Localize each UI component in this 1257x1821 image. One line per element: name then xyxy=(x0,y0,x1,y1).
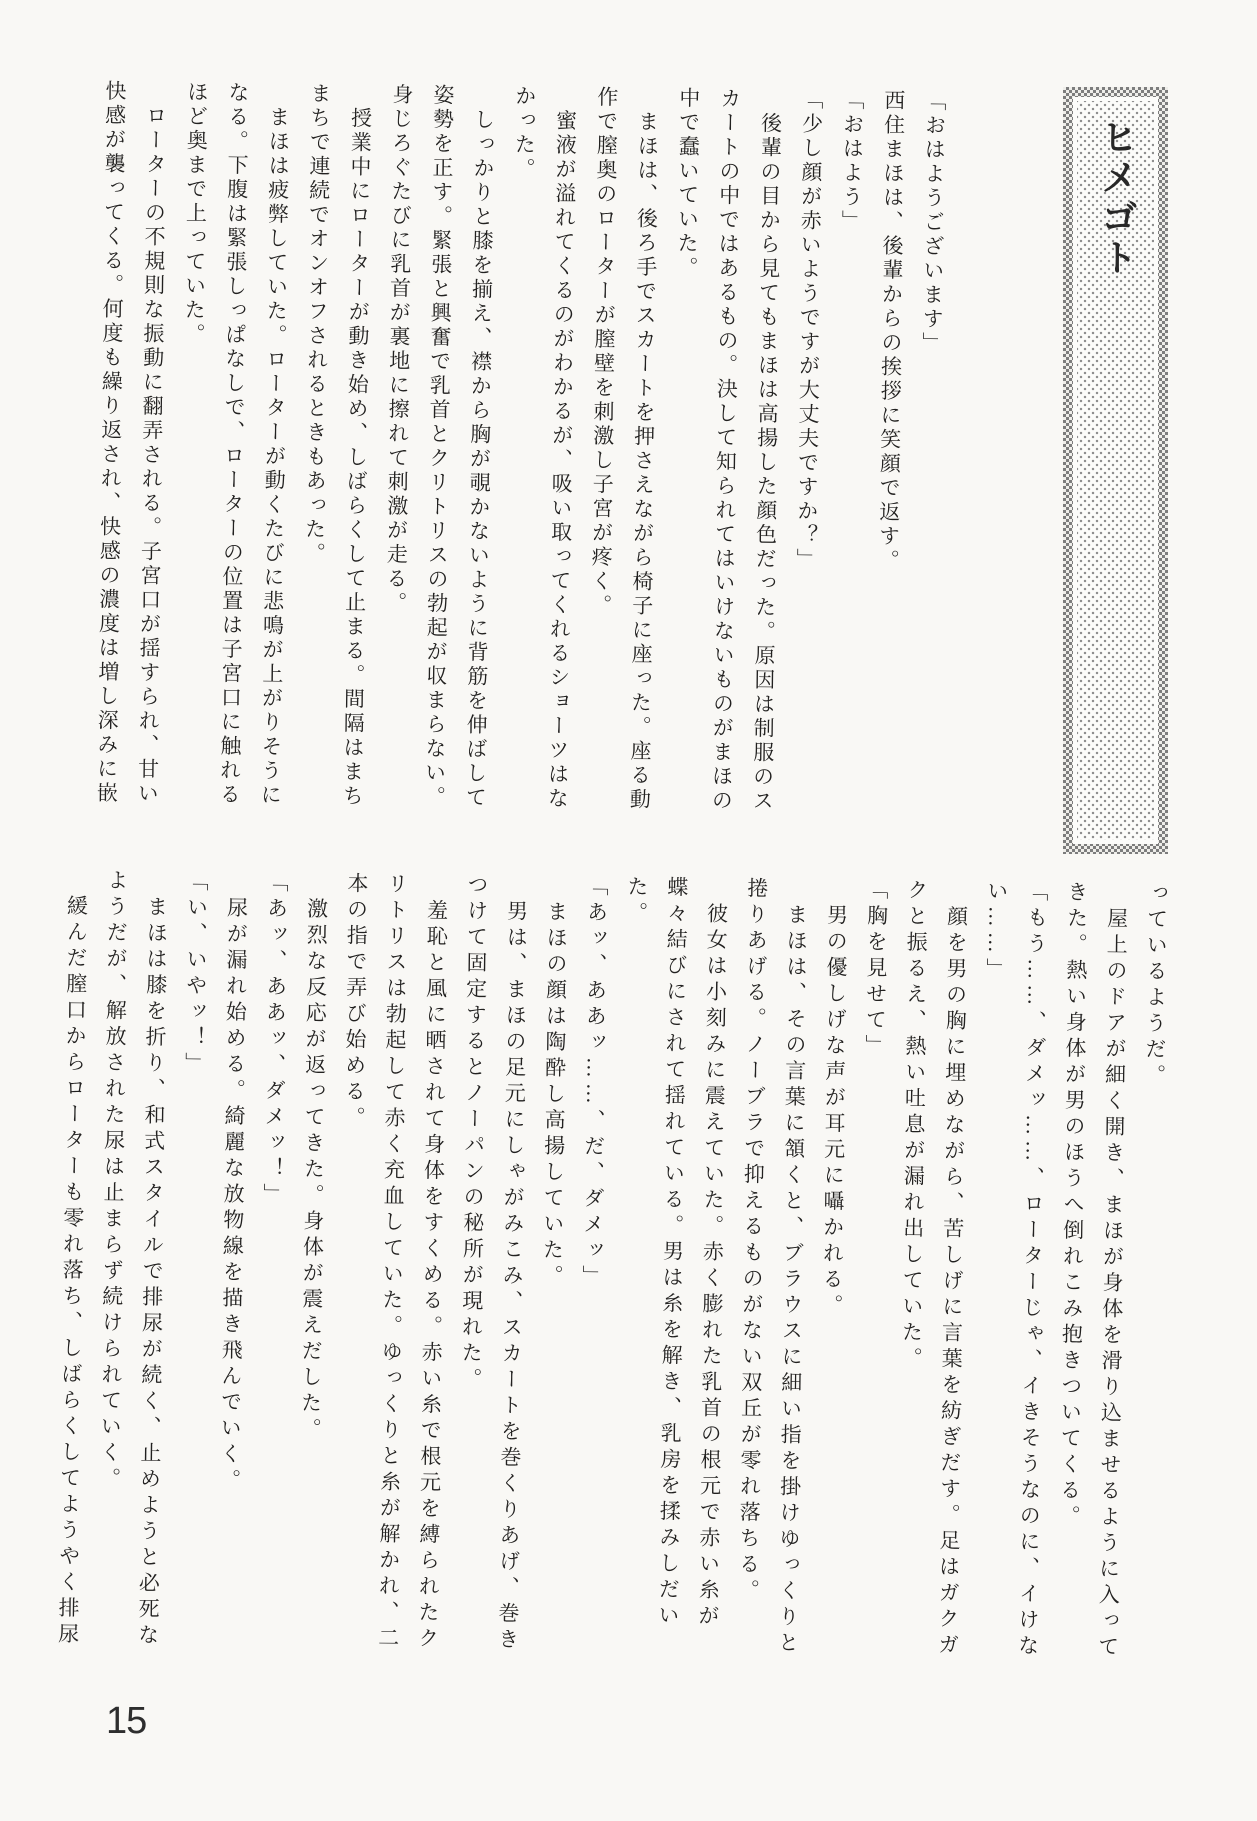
title-box: ヒメゴト xyxy=(1063,87,1168,854)
paragraph: まほは疲弊していた。ローターが動くたびに悲鳴が上がりそうになる。下腹は緊張しっぱ… xyxy=(167,80,299,811)
bottom-text-block: っているようだ。 屋上のドアが細く開き、まほが身体を滑り込ませるように入ってきた… xyxy=(88,869,1177,1664)
paragraph: 「もう……、ダメッ……、ローターじゃ、イきそうなのに、イけない……」 xyxy=(967,880,1057,1663)
paragraph: まほは膝を折り、和式スタイルで排尿が続く、止めようと必死なようだが、解放された尿… xyxy=(88,869,178,1652)
paragraph: ローターの不規則な振動に翻弄される。子宮口が揺すられ、甘い快感が襲ってくる。何度… xyxy=(85,79,176,810)
paragraph: しっかりと膝を揃え、襟から胸が覗かないように背筋を伸ばして姿勢を正す。緊張と興奮… xyxy=(372,83,504,814)
paragraph: 屋上のドアが細く開き、まほが身体を滑り込ませるように入ってきた。熱い身体が男のほ… xyxy=(1047,881,1137,1664)
page-number: 15 xyxy=(106,1700,146,1743)
paragraph: まほは、その言葉に頷くと、ブラウスに細い指を掛けゆっくりと捲りあげる。ノーブラで… xyxy=(727,877,817,1660)
scanned-page: ヒメゴト 「おはようございます」 西住まほは、後輩からの挨拶に笑顔で返す。 「お… xyxy=(0,0,1257,1821)
paragraph: まほは、後ろ手でスカートを押さえながら椅子に座った。座る動作で膣奥のローターが膣… xyxy=(577,85,668,816)
paragraph: 後輩の目から見てもまほは高揚した顔色だった。原因は制服のスカートの中ではあるもの… xyxy=(659,86,791,817)
paragraph: 顔を男の胸に埋めながら、苦しげに言葉を紡ぎだす。足はガクガクと振るえ、熱い吐息が… xyxy=(887,879,977,1662)
paragraph: 羞恥と風に晒されて身体をすくめる。赤い糸で根元を縛られたクリトリスは勃起して赤く… xyxy=(328,872,458,1655)
paragraph: 授業中にローターが動き始め、しばらくして止まる。間隔はまちまちで連続でオンオフさ… xyxy=(290,82,381,813)
title-box-background: ヒメゴト xyxy=(1073,97,1158,844)
top-text-block: 「おはようございます」 西住まほは、後輩からの挨拶に笑顔で返す。 「おはよう」 … xyxy=(84,79,955,819)
paragraph: 彼女は小刻みに震えていた。赤く膨れた乳首の根元で赤い糸が蝶々結びにされて揺れてい… xyxy=(607,875,737,1658)
paragraph: 男は、まほの足元にしゃがみこみ、スカートを巻くりあげ、巻きつけて固定するとノーパ… xyxy=(448,873,538,1656)
paragraph: 蜜液が溢れてくるのがわかるが、吸い取ってくれるショーツはなかった。 xyxy=(495,84,586,815)
story-title: ヒメゴト xyxy=(1089,101,1143,840)
